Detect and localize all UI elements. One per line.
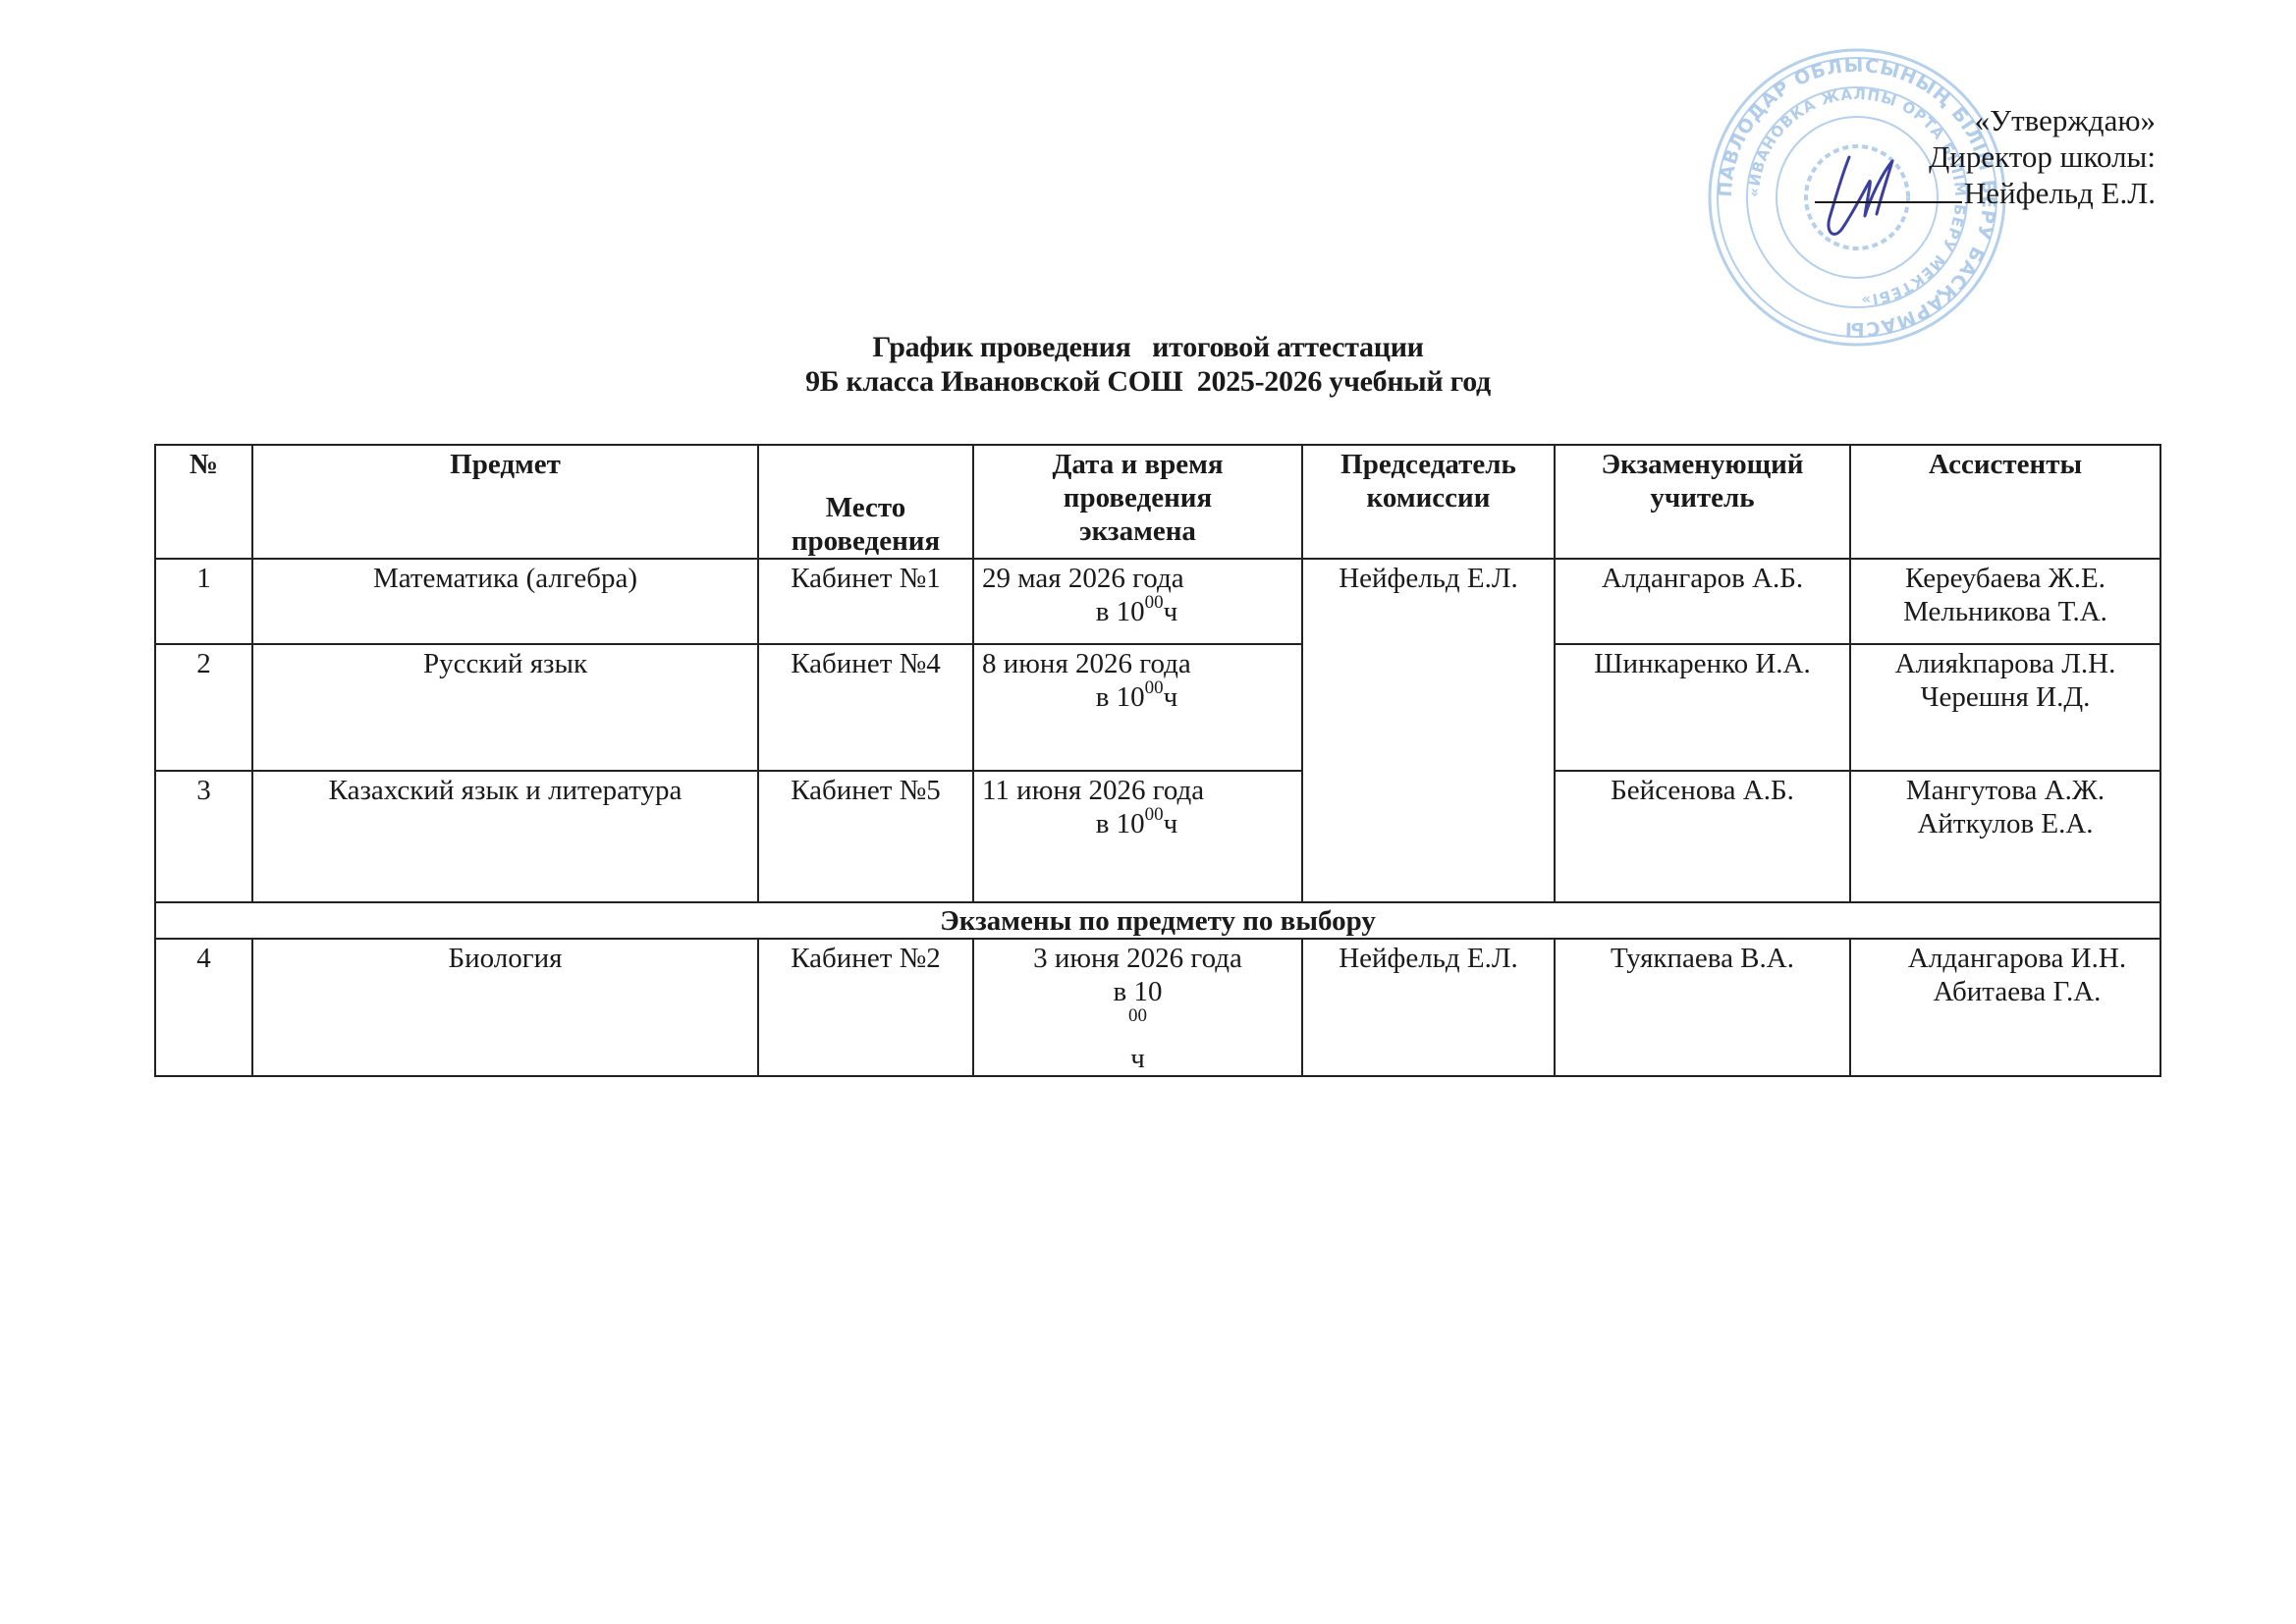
header-examiner: Экзаменующий учитель xyxy=(1555,445,1850,559)
cell-num: 4 xyxy=(155,939,252,1076)
cell-assistants: Мангутова А.Ж. Айткулов Е.А. xyxy=(1850,771,2160,902)
cell-examiner: Шинкаренко И.А. xyxy=(1555,644,1850,771)
table-row: 3 Казахский язык и литература Кабинет №5… xyxy=(155,771,2160,902)
section-header-row: Экзамены по предмету по выбору xyxy=(155,902,2160,939)
cell-chair: Нейфельд Е.Л. xyxy=(1302,939,1555,1076)
cell-num: 3 xyxy=(155,771,252,902)
table-row: 1 Математика (алгебра) Кабинет №1 29 мая… xyxy=(155,559,2160,644)
cell-assistants: Алияkпарова Л.Н. Черешня И.Д. xyxy=(1850,644,2160,771)
cell-examiner: Алдангаров А.Б. xyxy=(1555,559,1850,644)
cell-place: Кабинет №4 xyxy=(758,644,973,771)
approval-block: «Утверждаю» Директор школы: Нейфельд Е.Л… xyxy=(1815,102,2156,211)
header-subject: Предмет xyxy=(252,445,758,559)
cell-place: Кабинет №1 xyxy=(758,559,973,644)
approval-heading: «Утверждаю» xyxy=(1815,102,2156,138)
approval-name: Нейфельд Е.Л. xyxy=(1964,176,2156,210)
cell-examiner: Бейсенова А.Б. xyxy=(1555,771,1850,902)
page-title: График проведения итоговой аттестации 9Б… xyxy=(0,330,2296,399)
cell-place: Кабинет №2 xyxy=(758,939,973,1076)
header-place: Место проведения xyxy=(758,445,973,559)
cell-datetime: 3 июня 2026 года в 1000ч xyxy=(973,939,1302,1076)
cell-num: 2 xyxy=(155,644,252,771)
approval-signature-line: Нейфельд Е.Л. xyxy=(1815,175,2156,211)
cell-subject: Биология xyxy=(252,939,758,1076)
title-line-2: 9Б класса Ивановской СОШ 2025-2026 учебн… xyxy=(0,364,2296,399)
header-assistants: Ассистенты xyxy=(1850,445,2160,559)
header-chair: Председатель комиссии xyxy=(1302,445,1555,559)
title-line-1: График проведения итоговой аттестации xyxy=(0,330,2296,364)
cell-assistants: Кереубаева Ж.Е. Мельникова Т.А. xyxy=(1850,559,2160,644)
cell-examiner: Туякпаева В.А. xyxy=(1555,939,1850,1076)
header-num: № xyxy=(155,445,252,559)
table-row: 4 Биология Кабинет №2 3 июня 2026 года в… xyxy=(155,939,2160,1076)
cell-subject: Русский язык xyxy=(252,644,758,771)
cell-datetime: 8 июня 2026 года в 1000ч xyxy=(973,644,1302,771)
cell-datetime: 29 мая 2026 года в 1000ч xyxy=(973,559,1302,644)
signature-underline xyxy=(1815,176,1962,203)
section-title: Экзамены по предмету по выбору xyxy=(155,902,2160,939)
approval-position: Директор школы: xyxy=(1815,138,2156,175)
header-datetime: Дата и время проведения экзамена xyxy=(973,445,1302,559)
cell-assistants: Алдангарова И.Н. Абитаева Г.А. xyxy=(1850,939,2160,1076)
cell-chair: Нейфельд Е.Л. xyxy=(1302,559,1555,902)
cell-subject: Казахский язык и литература xyxy=(252,771,758,902)
cell-place: Кабинет №5 xyxy=(758,771,973,902)
cell-datetime: 11 июня 2026 года в 1000ч xyxy=(973,771,1302,902)
cell-num: 1 xyxy=(155,559,252,644)
table-header-row: № Предмет Место проведения Дата и время … xyxy=(155,445,2160,559)
exam-schedule-table: № Предмет Место проведения Дата и время … xyxy=(154,444,2161,1077)
cell-subject: Математика (алгебра) xyxy=(252,559,758,644)
table-row: 2 Русский язык Кабинет №4 8 июня 2026 го… xyxy=(155,644,2160,771)
